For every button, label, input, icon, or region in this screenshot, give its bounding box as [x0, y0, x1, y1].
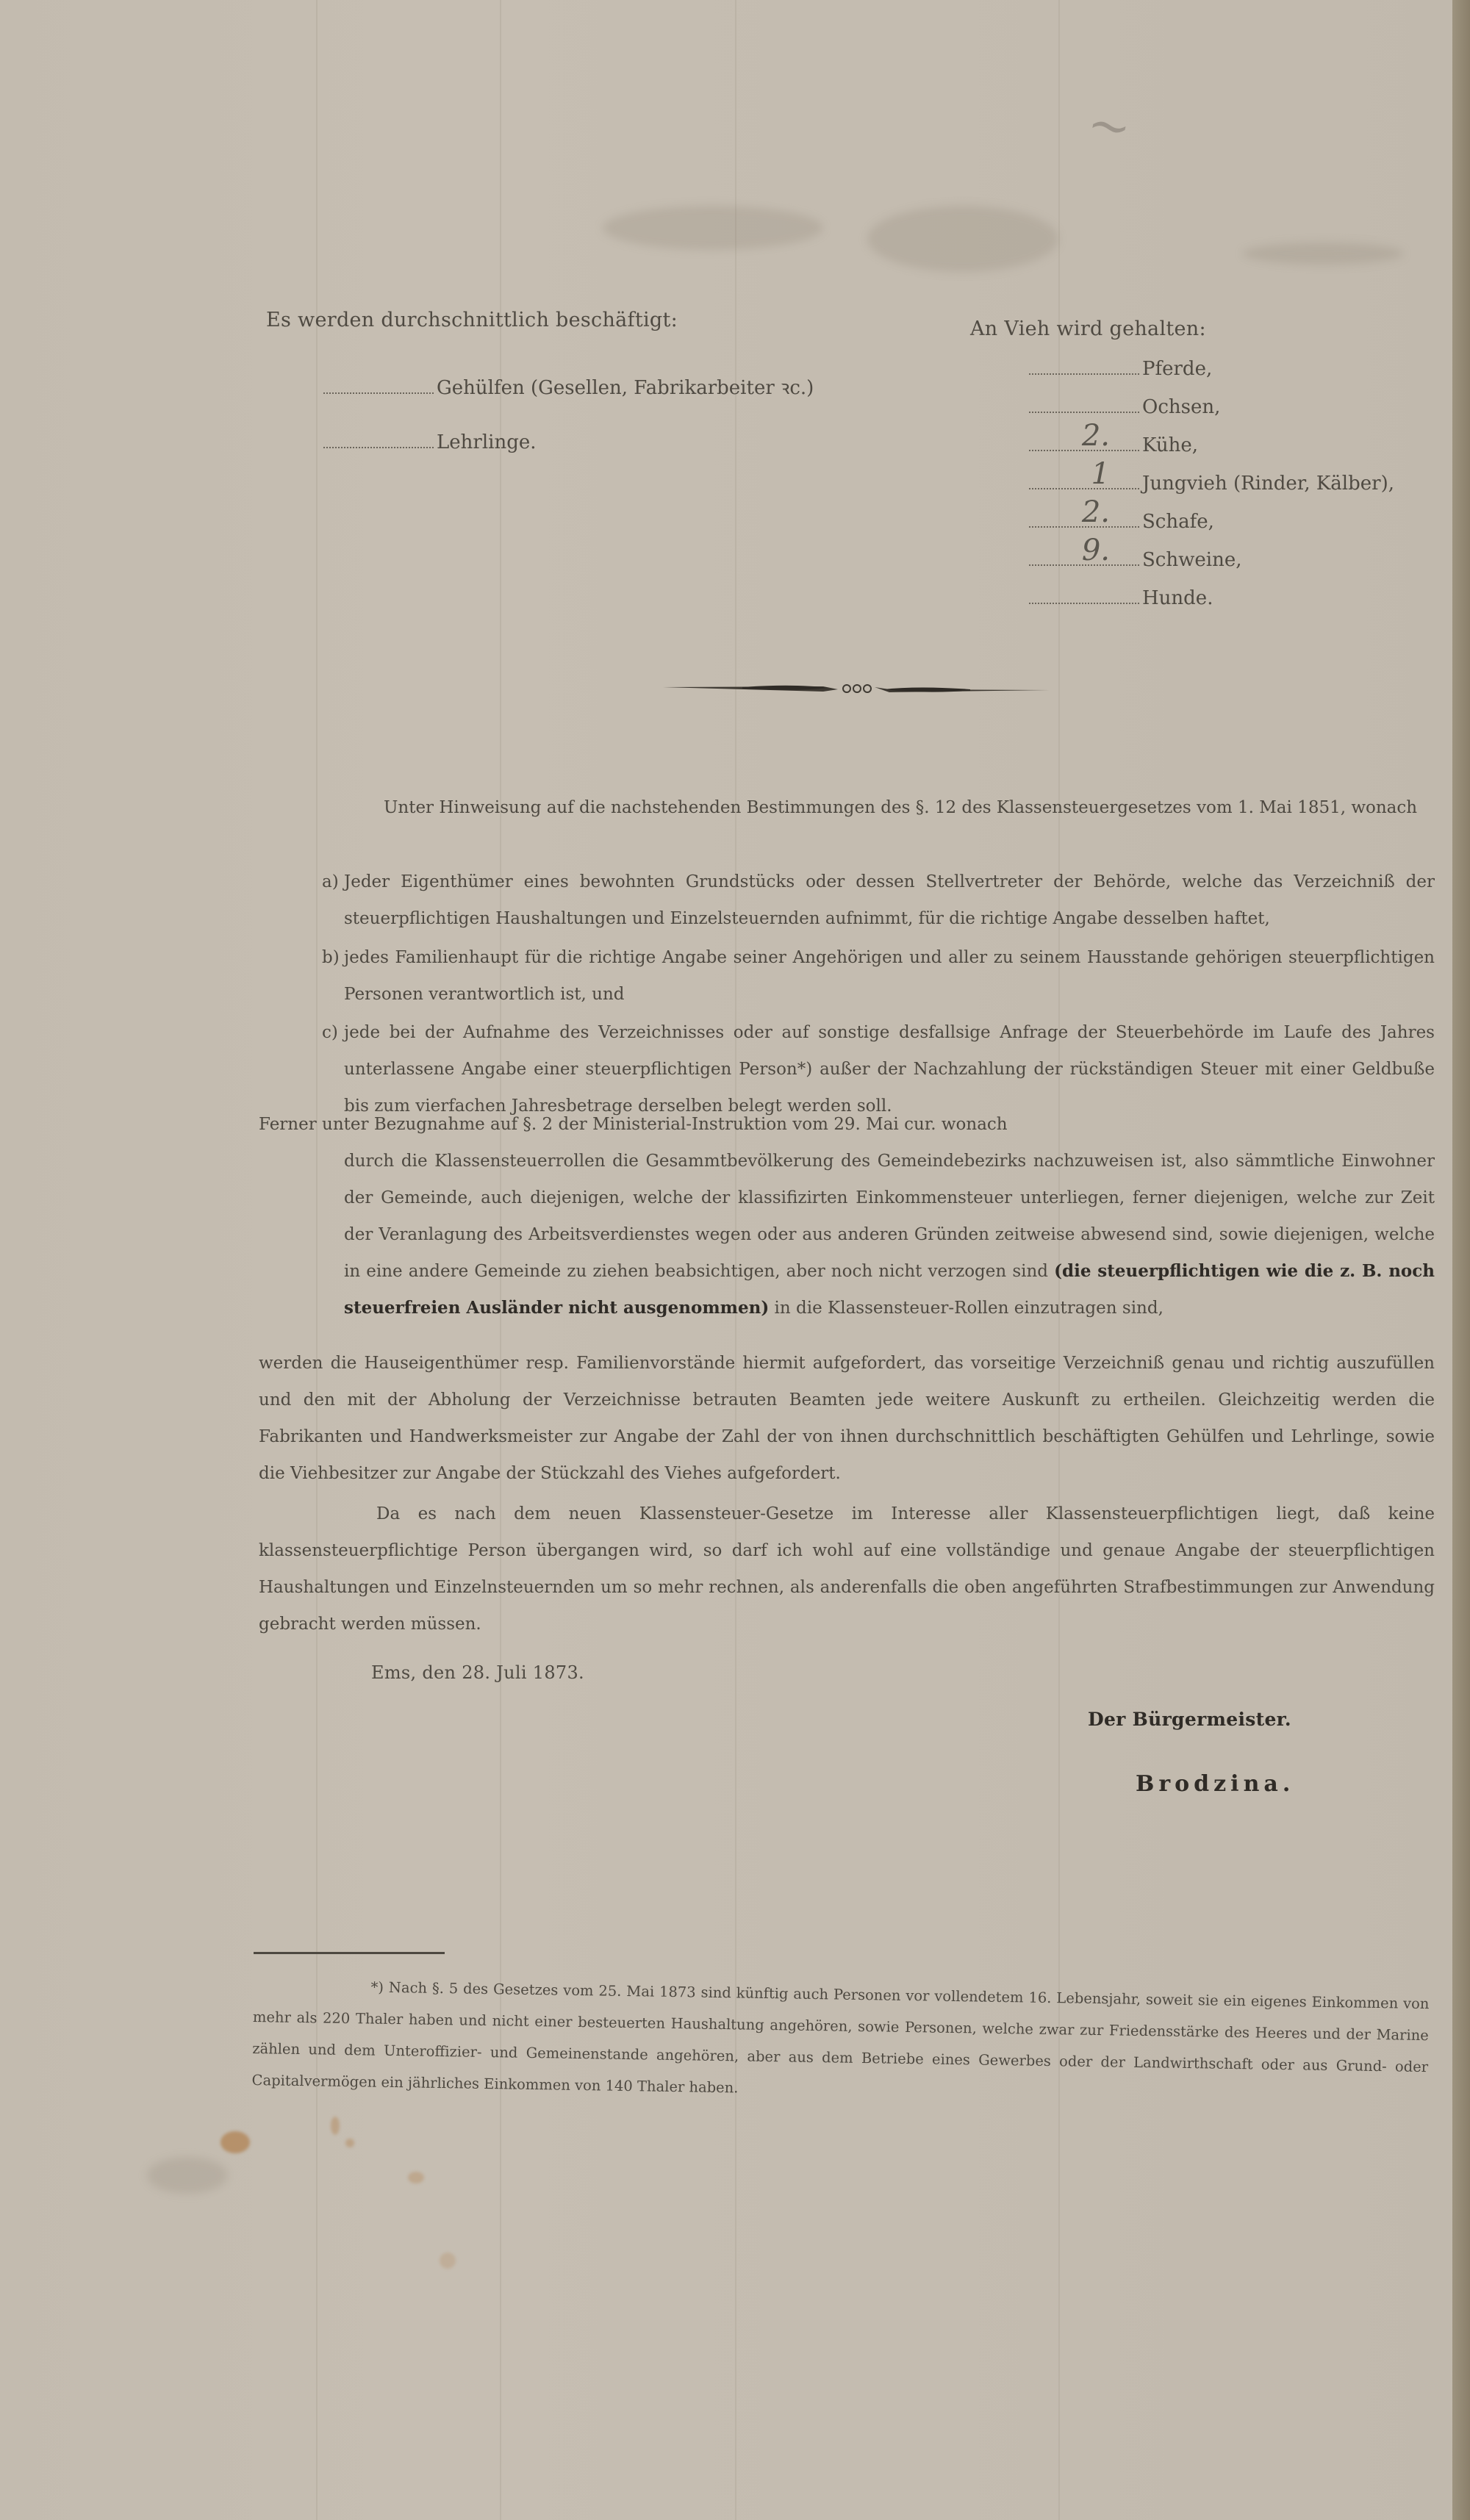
apprentices-label: Lehrlinge. — [437, 431, 537, 453]
employees-heading: Es werden durchschnittlich beschäftigt: — [266, 309, 678, 331]
sheep-label: Schafe, — [1142, 511, 1214, 533]
rust-stain — [331, 2117, 340, 2135]
pigs-label: Schweine, — [1142, 549, 1241, 571]
signature-title: Der Bürgermeister. — [1088, 1709, 1291, 1730]
provision-a: a) Jeder Eigenthümer eines bewohnten Gru… — [344, 864, 1435, 937]
pigs-count-field[interactable]: 9. — [1029, 548, 1139, 566]
reference-intro: Ferner unter Bezugnahme auf §. 2 der Min… — [259, 1106, 1435, 1143]
apprentices-count-field[interactable] — [323, 431, 434, 448]
reference-clause-end: in die Klassensteuer-Rollen einzutragen … — [775, 1299, 1164, 1318]
provision-c-label: c) — [322, 1014, 338, 1051]
rust-stain — [440, 2252, 456, 2269]
livestock-heading: An Vieh wird gehalten: — [970, 317, 1206, 340]
dogs-label: Hunde. — [1142, 587, 1213, 609]
provision-c-text: jede bei der Aufnahme des Verzeichnisses… — [344, 1023, 1435, 1116]
document-page: ~ Es werden durchschnittlich beschäftigt… — [0, 0, 1459, 2520]
signature-name: Brodzina. — [1136, 1771, 1294, 1797]
rust-stain — [220, 2131, 250, 2153]
closing-paragraph: Da es nach dem neuen Klassensteuer-Geset… — [259, 1496, 1435, 1643]
bleed-through-smudge — [603, 206, 823, 250]
request-paragraph: werden die Hauseigenthümer resp. Familie… — [259, 1345, 1435, 1492]
oxen-count-field[interactable] — [1029, 395, 1139, 413]
cows-label: Kühe, — [1142, 434, 1198, 456]
place-date: Ems, den 28. Juli 1873. — [371, 1662, 584, 1683]
oxen-label: Ochsen, — [1142, 396, 1220, 418]
young-cattle-count-field[interactable]: 1 — [1029, 472, 1139, 489]
assistants-count-field[interactable] — [323, 376, 434, 394]
bleed-through-smudge — [867, 206, 1058, 272]
sheep-count-field[interactable]: 2. — [1029, 510, 1139, 528]
intro-paragraph: Unter Hinweisung auf die nachstehenden B… — [266, 789, 1435, 826]
paper-fold-line — [316, 0, 318, 2520]
livestock-line-sheep: 2. Schafe, — [1029, 510, 1214, 533]
livestock-line-young-cattle: 1 Jungvieh (Rinder, Kälber), — [1029, 472, 1394, 495]
provision-a-label: a) — [322, 864, 339, 900]
rust-stain — [345, 2139, 354, 2147]
employees-line-assistants: Gehülfen (Gesellen, Fabrikarbeiter ꝛc.) — [323, 373, 814, 400]
ornamental-divider-icon — [661, 681, 1051, 695]
footnote-rule — [254, 1952, 445, 1954]
bleed-through-smudge — [1242, 243, 1404, 265]
cows-count-field[interactable]: 2. — [1029, 434, 1139, 451]
livestock-line-oxen: Ochsen, — [1029, 395, 1220, 418]
young-cattle-label: Jungvieh (Rinder, Kälber), — [1142, 473, 1394, 495]
rust-stain — [408, 2172, 424, 2183]
grey-smudge — [147, 2157, 228, 2194]
provision-b-text: jedes Familienhaupt für die richtige Ang… — [344, 948, 1435, 1004]
livestock-line-horses: Pferde, — [1029, 357, 1212, 380]
reference-clause: durch die Klassensteuerrollen die Gesamm… — [344, 1143, 1435, 1327]
assistants-label: Gehülfen (Gesellen, Fabrikarbeiter ꝛc.) — [437, 373, 814, 400]
livestock-line-dogs: Hunde. — [1029, 586, 1213, 609]
provision-b-label: b) — [322, 939, 340, 976]
employees-line-apprentices: Lehrlinge. — [323, 431, 537, 453]
page-edge-shadow — [1452, 0, 1470, 2520]
livestock-line-cows: 2. Kühe, — [1029, 434, 1198, 456]
footnote: *) Nach §. 5 des Gesetzes vom 25. Mai 18… — [251, 1970, 1430, 2114]
provision-a-text: Jeder Eigenthümer eines bewohnten Grunds… — [344, 872, 1435, 928]
livestock-line-pigs: 9. Schweine, — [1029, 548, 1241, 571]
horses-count-field[interactable] — [1029, 357, 1139, 375]
dogs-count-field[interactable] — [1029, 586, 1139, 604]
provision-b: b) jedes Familienhaupt für die richtige … — [344, 939, 1435, 1013]
horses-label: Pferde, — [1142, 358, 1212, 380]
bleed-through-mark: ~ — [1082, 92, 1136, 159]
